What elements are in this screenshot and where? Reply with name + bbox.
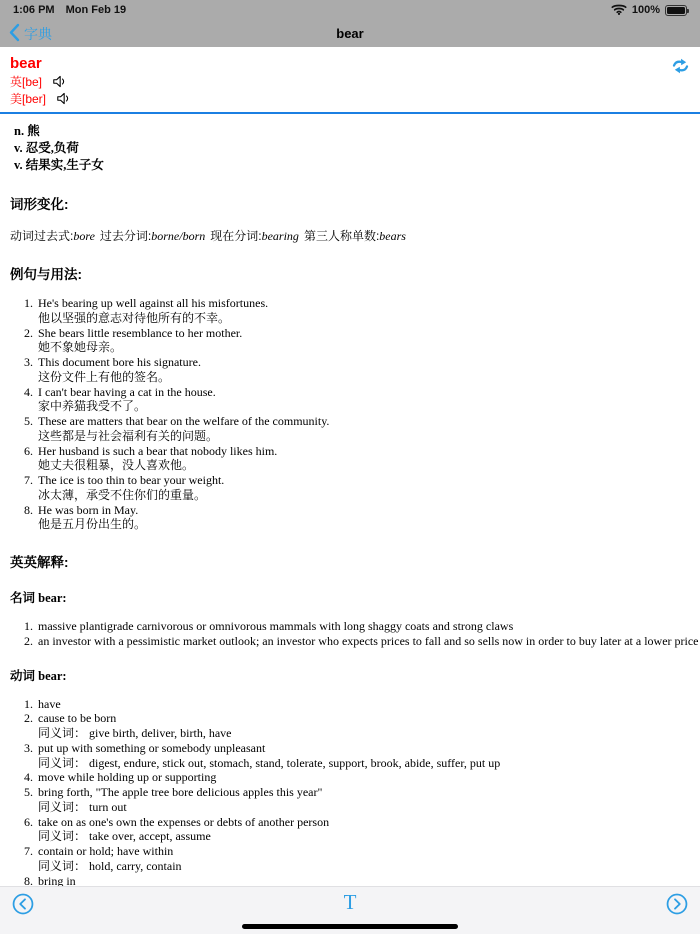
next-word-button[interactable] — [666, 893, 688, 918]
navigation-bar: 字典 bear — [0, 20, 700, 47]
synonyms-values: digest, endure, stick out, stomach, stan… — [89, 756, 500, 770]
section-title-word-forms: 词形变化: — [10, 193, 700, 213]
synonyms-line: 同义词： hold, carry, contain — [38, 859, 700, 874]
example-item: He's bearing up well against all his mis… — [36, 296, 700, 326]
dictionary-content: bear 英[be] 美[ber] — [0, 47, 700, 886]
section-title-examples: 例句与用法: — [10, 263, 700, 283]
noun-sense-item: massive plantigrade carnivorous or omniv… — [36, 619, 700, 634]
dictionary-app-screen: 1:06 PM Mon Feb 19 100% 字典 — [0, 0, 700, 934]
bottom-toolbar: T — [0, 886, 700, 934]
word-form: 第三人称单数:bears — [304, 229, 406, 243]
quick-definitions: n. 熊v. 忍受,负荷v. 结果实,生子女 — [14, 123, 700, 174]
home-indicator[interactable] — [242, 924, 458, 929]
verb-sense-item: bring forth, "The apple tree bore delici… — [36, 785, 700, 815]
verb-sense-item: move while holding up or supporting — [36, 770, 700, 785]
word-header: bear 英[be] 美[ber] — [10, 55, 690, 107]
status-bar: 1:06 PM Mon Feb 19 100% — [0, 0, 700, 20]
definition-line: v. 结果实,生子女 — [14, 157, 700, 174]
word-form: 过去分词:borne/born — [100, 229, 205, 243]
clock: 1:06 PM — [13, 4, 55, 16]
verb-sense-text: contain or hold; have within — [38, 844, 700, 859]
header-divider — [0, 112, 700, 114]
verb-sense-item: bring in 同义词： yield, pay — [36, 874, 700, 887]
example-chinese: 这份文件上有他的签名。 — [38, 370, 700, 385]
headword: bear — [10, 55, 72, 73]
word-form: 动词过去式:bore — [10, 229, 95, 243]
example-item: I can't bear having a cat in the house. … — [36, 385, 700, 415]
examples-list: He's bearing up well against all his mis… — [0, 296, 700, 532]
us-speaker-icon[interactable] — [56, 92, 72, 106]
synonyms-label: 同义词： — [38, 756, 86, 770]
verb-sense-text: bring in — [38, 874, 700, 887]
noun-sense-item: an investor with a pessimistic market ou… — [36, 634, 700, 649]
back-label: 字典 — [24, 24, 52, 44]
noun-senses-title: 名词 bear: — [10, 588, 700, 606]
word-forms-line: 动词过去式:bore过去分词:borne/born现在分词:bearing第三人… — [10, 227, 700, 244]
example-item: Her husband is such a bear that nobody l… — [36, 444, 700, 474]
example-chinese: 家中养猫我受不了。 — [38, 399, 700, 414]
example-english: He was born in May. — [38, 503, 700, 518]
example-chinese: 他以坚强的意志对待他所有的不幸。 — [38, 311, 700, 326]
date: Mon Feb 19 — [66, 4, 127, 16]
synonyms-label: 同义词： — [38, 800, 86, 814]
example-item: This document bore his signature. 这份文件上有… — [36, 355, 700, 385]
verb-sense-text: move while holding up or supporting — [38, 770, 700, 785]
battery-icon — [665, 5, 687, 16]
synonyms-line: 同义词： turn out — [38, 800, 700, 815]
example-english: The ice is too thin to bear your weight. — [38, 473, 700, 488]
verb-sense-text: take on as one's own the expenses or deb… — [38, 815, 700, 830]
example-english: Her husband is such a bear that nobody l… — [38, 444, 700, 459]
verb-sense-text: bring forth, "The apple tree bore delici… — [38, 785, 700, 800]
back-button[interactable]: 字典 — [9, 23, 52, 45]
example-chinese: 她不象她母亲。 — [38, 340, 700, 355]
word-form: 现在分词:bearing — [210, 229, 299, 243]
page-title: bear — [0, 26, 700, 41]
example-item: He was born in May. 他是五月份出生的。 — [36, 503, 700, 533]
example-item: These are matters that bear on the welfa… — [36, 414, 700, 444]
wifi-icon — [611, 3, 627, 18]
example-chinese: 他是五月份出生的。 — [38, 517, 700, 532]
verb-senses-title: 动词 bear: — [10, 666, 700, 684]
verb-sense-text: have — [38, 697, 700, 712]
example-english: This document bore his signature. — [38, 355, 700, 370]
definition-line: v. 忍受,负荷 — [14, 140, 700, 157]
previous-word-button[interactable] — [12, 893, 34, 918]
example-english: I can't bear having a cat in the house. — [38, 385, 700, 400]
synonyms-line: 同义词： give birth, deliver, birth, have — [38, 726, 700, 741]
synonyms-values: give birth, deliver, birth, have — [89, 726, 231, 740]
battery-percent: 100% — [632, 4, 660, 16]
example-english: These are matters that bear on the welfa… — [38, 414, 700, 429]
section-title-english-definitions: 英英解释: — [10, 551, 700, 571]
example-chinese: 冰太薄，承受不住你们的重量。 — [38, 488, 700, 503]
text-size-button[interactable]: T — [344, 890, 357, 915]
synonyms-label: 同义词： — [38, 726, 86, 740]
example-item: She bears little resemblance to her moth… — [36, 326, 700, 356]
uk-speaker-icon[interactable] — [52, 75, 68, 89]
synonyms-line: 同义词： digest, endure, stick out, stomach,… — [38, 756, 700, 771]
verb-sense-text: cause to be born — [38, 711, 700, 726]
example-english: She bears little resemblance to her moth… — [38, 326, 700, 341]
verb-sense-item: take on as one's own the expenses or deb… — [36, 815, 700, 845]
noun-senses-list: massive plantigrade carnivorous or omniv… — [0, 619, 700, 649]
example-chinese: 这些都是与社会福利有关的问题。 — [38, 429, 700, 444]
status-left: 1:06 PM Mon Feb 19 — [13, 4, 134, 16]
us-phonetic: 美[ber] — [10, 90, 46, 107]
refresh-icon[interactable] — [671, 57, 690, 78]
verb-sense-item: put up with something or somebody unplea… — [36, 741, 700, 771]
synonyms-values: turn out — [89, 800, 127, 814]
synonyms-label: 同义词： — [38, 859, 86, 873]
example-english: He's bearing up well against all his mis… — [38, 296, 700, 311]
synonyms-values: hold, carry, contain — [89, 859, 182, 873]
verb-sense-item: cause to be born 同义词： give birth, delive… — [36, 711, 700, 741]
back-chevron-icon — [9, 23, 20, 45]
verb-sense-item: contain or hold; have within 同义词： hold, … — [36, 844, 700, 874]
status-right: 100% — [611, 3, 687, 18]
definition-line: n. 熊 — [14, 123, 700, 140]
synonyms-label: 同义词： — [38, 829, 86, 843]
synonyms-line: 同义词： take over, accept, assume — [38, 829, 700, 844]
verb-senses-list: have cause to be born 同义词： give birth, d… — [0, 697, 700, 887]
synonyms-values: take over, accept, assume — [89, 829, 211, 843]
uk-phonetic: 英[be] — [10, 73, 42, 90]
verb-sense-item: have — [36, 697, 700, 712]
example-chinese: 她丈夫很粗暴，没人喜欢他。 — [38, 458, 700, 473]
example-item: The ice is too thin to bear your weight.… — [36, 473, 700, 503]
verb-sense-text: put up with something or somebody unplea… — [38, 741, 700, 756]
